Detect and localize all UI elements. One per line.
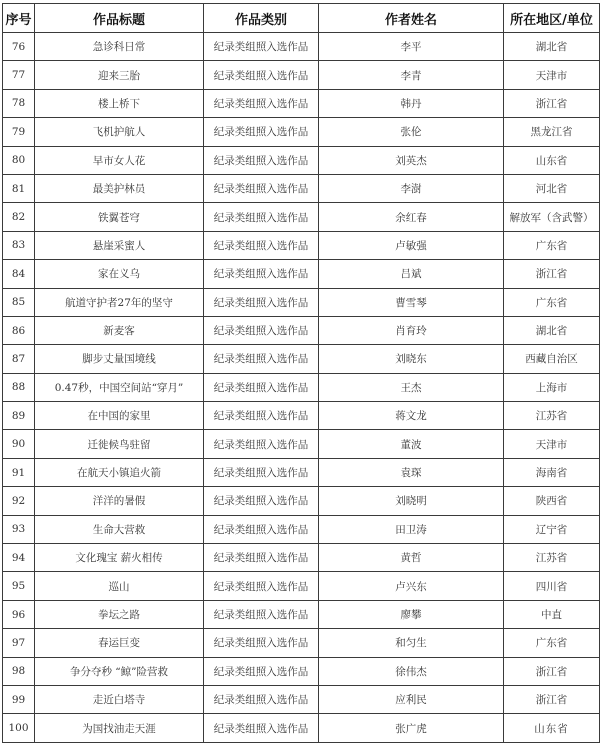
- table-row: 80早市女人花纪录类组照入选作品刘英杰山东省: [3, 146, 600, 174]
- cell-region: 陕西省: [504, 487, 600, 515]
- cell-category: 纪录类组照入选作品: [204, 33, 319, 61]
- cell-category: 纪录类组照入选作品: [204, 174, 319, 202]
- cell-no: 99: [3, 685, 35, 713]
- cell-category: 纪录类组照入选作品: [204, 657, 319, 685]
- table-row: 82铁翼苍穹纪录类组照入选作品余红春解放军（含武警）: [3, 203, 600, 231]
- cell-author: 廖攀: [319, 600, 504, 628]
- cell-region: 广东省: [504, 288, 600, 316]
- cell-title: 飞机护航人: [35, 118, 204, 146]
- cell-region: 山东省: [504, 146, 600, 174]
- cell-region: 辽宁省: [504, 515, 600, 543]
- cell-title: 航道守护者27年的坚守: [35, 288, 204, 316]
- cell-no: 91: [3, 458, 35, 486]
- cell-author: 王杰: [319, 373, 504, 401]
- cell-author: 袁琛: [319, 458, 504, 486]
- header-title: 作品标题: [35, 4, 204, 33]
- cell-no: 90: [3, 430, 35, 458]
- cell-category: 纪录类组照入选作品: [204, 260, 319, 288]
- cell-no: 100: [3, 714, 35, 742]
- cell-no: 81: [3, 174, 35, 202]
- cell-region: 上海市: [504, 373, 600, 401]
- cell-author: 黄哲: [319, 544, 504, 572]
- cell-region: 河北省: [504, 174, 600, 202]
- cell-title: 迎来三胎: [35, 61, 204, 89]
- cell-author: 徐伟杰: [319, 657, 504, 685]
- cell-category: 纪录类组照入选作品: [204, 89, 319, 117]
- cell-no: 96: [3, 600, 35, 628]
- table-row: 92洋洋的暑假纪录类组照入选作品刘晓明陕西省: [3, 487, 600, 515]
- cell-author: 卢敏强: [319, 231, 504, 259]
- cell-no: 92: [3, 487, 35, 515]
- cell-title: 家在义乌: [35, 260, 204, 288]
- cell-no: 83: [3, 231, 35, 259]
- cell-author: 韩丹: [319, 89, 504, 117]
- cell-no: 76: [3, 33, 35, 61]
- cell-title: 脚步丈量国境线: [35, 345, 204, 373]
- cell-no: 86: [3, 316, 35, 344]
- cell-category: 纪录类组照入选作品: [204, 685, 319, 713]
- cell-category: 纪录类组照入选作品: [204, 430, 319, 458]
- cell-author: 刘晓明: [319, 487, 504, 515]
- cell-author: 李平: [319, 33, 504, 61]
- cell-title: 为国找油走天涯: [35, 714, 204, 742]
- table-row: 98争分夺秒 “鲸”险营救纪录类组照入选作品徐伟杰浙江省: [3, 657, 600, 685]
- table-row: 87脚步丈量国境线纪录类组照入选作品刘晓东西藏自治区: [3, 345, 600, 373]
- cell-author: 应利民: [319, 685, 504, 713]
- cell-title: 洋洋的暑假: [35, 487, 204, 515]
- cell-author: 肖育玲: [319, 316, 504, 344]
- cell-title: 最美护林员: [35, 174, 204, 202]
- cell-category: 纪录类组照入选作品: [204, 61, 319, 89]
- cell-region: 山东省: [504, 714, 600, 742]
- table-row: 95巡山纪录类组照入选作品卢兴东四川省: [3, 572, 600, 600]
- cell-category: 纪录类组照入选作品: [204, 629, 319, 657]
- header-no: 序号: [3, 4, 35, 33]
- table-body: 76急诊科日常纪录类组照入选作品李平湖北省77迎来三胎纪录类组照入选作品李青天津…: [3, 33, 600, 743]
- cell-author: 曹雪琴: [319, 288, 504, 316]
- cell-title: 拳坛之路: [35, 600, 204, 628]
- cell-title: 文化瑰宝 薪火相传: [35, 544, 204, 572]
- cell-region: 江苏省: [504, 402, 600, 430]
- cell-category: 纪录类组照入选作品: [204, 146, 319, 174]
- cell-title: 0.47秒，中国空间站“穿月”: [35, 373, 204, 401]
- table-row: 89在中国的家里纪录类组照入选作品蒋文龙江苏省: [3, 402, 600, 430]
- cell-category: 纪录类组照入选作品: [204, 231, 319, 259]
- cell-author: 余红春: [319, 203, 504, 231]
- cell-title: 春运巨变: [35, 629, 204, 657]
- cell-region: 浙江省: [504, 685, 600, 713]
- cell-category: 纪录类组照入选作品: [204, 203, 319, 231]
- cell-author: 李青: [319, 61, 504, 89]
- cell-category: 纪录类组照入选作品: [204, 515, 319, 543]
- table-row: 94文化瑰宝 薪火相传纪录类组照入选作品黄哲江苏省: [3, 544, 600, 572]
- cell-no: 80: [3, 146, 35, 174]
- cell-region: 四川省: [504, 572, 600, 600]
- cell-no: 87: [3, 345, 35, 373]
- cell-title: 争分夺秒 “鲸”险营救: [35, 657, 204, 685]
- table-row: 100为国找油走天涯纪录类组照入选作品张广虎山东省: [3, 714, 600, 742]
- cell-region: 广东省: [504, 231, 600, 259]
- cell-title: 急诊科日常: [35, 33, 204, 61]
- cell-region: 湖北省: [504, 33, 600, 61]
- cell-author: 李澍: [319, 174, 504, 202]
- works-table: 序号 作品标题 作品类别 作者姓名 所在地区/单位 76急诊科日常纪录类组照入选…: [2, 3, 600, 743]
- cell-region: 中直: [504, 600, 600, 628]
- table-row: 78楼上桥下纪录类组照入选作品韩丹浙江省: [3, 89, 600, 117]
- cell-no: 95: [3, 572, 35, 600]
- cell-category: 纪录类组照入选作品: [204, 572, 319, 600]
- cell-title: 早市女人花: [35, 146, 204, 174]
- table-row: 97春运巨变纪录类组照入选作品和匀生广东省: [3, 629, 600, 657]
- cell-author: 董波: [319, 430, 504, 458]
- cell-category: 纪录类组照入选作品: [204, 288, 319, 316]
- document-page: 序号 作品标题 作品类别 作者姓名 所在地区/单位 76急诊科日常纪录类组照入选…: [0, 0, 603, 745]
- cell-region: 解放军（含武警）: [504, 203, 600, 231]
- cell-region: 浙江省: [504, 89, 600, 117]
- cell-no: 79: [3, 118, 35, 146]
- cell-title: 在中国的家里: [35, 402, 204, 430]
- cell-region: 浙江省: [504, 260, 600, 288]
- cell-category: 纪录类组照入选作品: [204, 458, 319, 486]
- cell-region: 江苏省: [504, 544, 600, 572]
- cell-region: 广东省: [504, 629, 600, 657]
- cell-region: 浙江省: [504, 657, 600, 685]
- cell-no: 77: [3, 61, 35, 89]
- table-row: 83悬崖采蜜人纪录类组照入选作品卢敏强广东省: [3, 231, 600, 259]
- cell-author: 和匀生: [319, 629, 504, 657]
- cell-no: 97: [3, 629, 35, 657]
- cell-title: 走近白塔寺: [35, 685, 204, 713]
- cell-author: 张伦: [319, 118, 504, 146]
- table-row: 79飞机护航人纪录类组照入选作品张伦黑龙江省: [3, 118, 600, 146]
- cell-no: 84: [3, 260, 35, 288]
- cell-region: 海南省: [504, 458, 600, 486]
- table-header-row: 序号 作品标题 作品类别 作者姓名 所在地区/单位: [3, 4, 600, 33]
- cell-category: 纪录类组照入选作品: [204, 316, 319, 344]
- cell-title: 新麦客: [35, 316, 204, 344]
- cell-title: 铁翼苍穹: [35, 203, 204, 231]
- cell-category: 纪录类组照入选作品: [204, 487, 319, 515]
- cell-region: 湖北省: [504, 316, 600, 344]
- table-row: 84家在义乌纪录类组照入选作品吕斌浙江省: [3, 260, 600, 288]
- table-row: 77迎来三胎纪录类组照入选作品李青天津市: [3, 61, 600, 89]
- cell-title: 楼上桥下: [35, 89, 204, 117]
- cell-region: 黑龙江省: [504, 118, 600, 146]
- cell-no: 89: [3, 402, 35, 430]
- cell-region: 天津市: [504, 430, 600, 458]
- cell-no: 82: [3, 203, 35, 231]
- cell-region: 西藏自治区: [504, 345, 600, 373]
- cell-category: 纪录类组照入选作品: [204, 402, 319, 430]
- cell-no: 88: [3, 373, 35, 401]
- table-row: 99走近白塔寺纪录类组照入选作品应利民浙江省: [3, 685, 600, 713]
- table-row: 86新麦客纪录类组照入选作品肖育玲湖北省: [3, 316, 600, 344]
- cell-category: 纪录类组照入选作品: [204, 714, 319, 742]
- cell-title: 巡山: [35, 572, 204, 600]
- header-author: 作者姓名: [319, 4, 504, 33]
- cell-title: 迁徙候鸟驻留: [35, 430, 204, 458]
- cell-author: 刘英杰: [319, 146, 504, 174]
- table-row: 96拳坛之路纪录类组照入选作品廖攀中直: [3, 600, 600, 628]
- cell-author: 田卫涛: [319, 515, 504, 543]
- cell-category: 纪录类组照入选作品: [204, 373, 319, 401]
- cell-title: 生命大营救: [35, 515, 204, 543]
- table-row: 81最美护林员纪录类组照入选作品李澍河北省: [3, 174, 600, 202]
- cell-title: 悬崖采蜜人: [35, 231, 204, 259]
- table-row: 85航道守护者27年的坚守纪录类组照入选作品曹雪琴广东省: [3, 288, 600, 316]
- cell-author: 吕斌: [319, 260, 504, 288]
- cell-category: 纪录类组照入选作品: [204, 118, 319, 146]
- table-row: 91在航天小镇追火箭纪录类组照入选作品袁琛海南省: [3, 458, 600, 486]
- cell-no: 78: [3, 89, 35, 117]
- header-category: 作品类别: [204, 4, 319, 33]
- table-row: 76急诊科日常纪录类组照入选作品李平湖北省: [3, 33, 600, 61]
- cell-author: 刘晓东: [319, 345, 504, 373]
- cell-no: 94: [3, 544, 35, 572]
- table-row: 880.47秒，中国空间站“穿月”纪录类组照入选作品王杰上海市: [3, 373, 600, 401]
- table-row: 90迁徙候鸟驻留纪录类组照入选作品董波天津市: [3, 430, 600, 458]
- cell-author: 蒋文龙: [319, 402, 504, 430]
- cell-no: 85: [3, 288, 35, 316]
- cell-no: 93: [3, 515, 35, 543]
- cell-title: 在航天小镇追火箭: [35, 458, 204, 486]
- cell-no: 98: [3, 657, 35, 685]
- header-region: 所在地区/单位: [504, 4, 600, 33]
- cell-author: 张广虎: [319, 714, 504, 742]
- cell-region: 天津市: [504, 61, 600, 89]
- cell-category: 纪录类组照入选作品: [204, 345, 319, 373]
- cell-category: 纪录类组照入选作品: [204, 544, 319, 572]
- cell-author: 卢兴东: [319, 572, 504, 600]
- table-row: 93生命大营救纪录类组照入选作品田卫涛辽宁省: [3, 515, 600, 543]
- cell-category: 纪录类组照入选作品: [204, 600, 319, 628]
